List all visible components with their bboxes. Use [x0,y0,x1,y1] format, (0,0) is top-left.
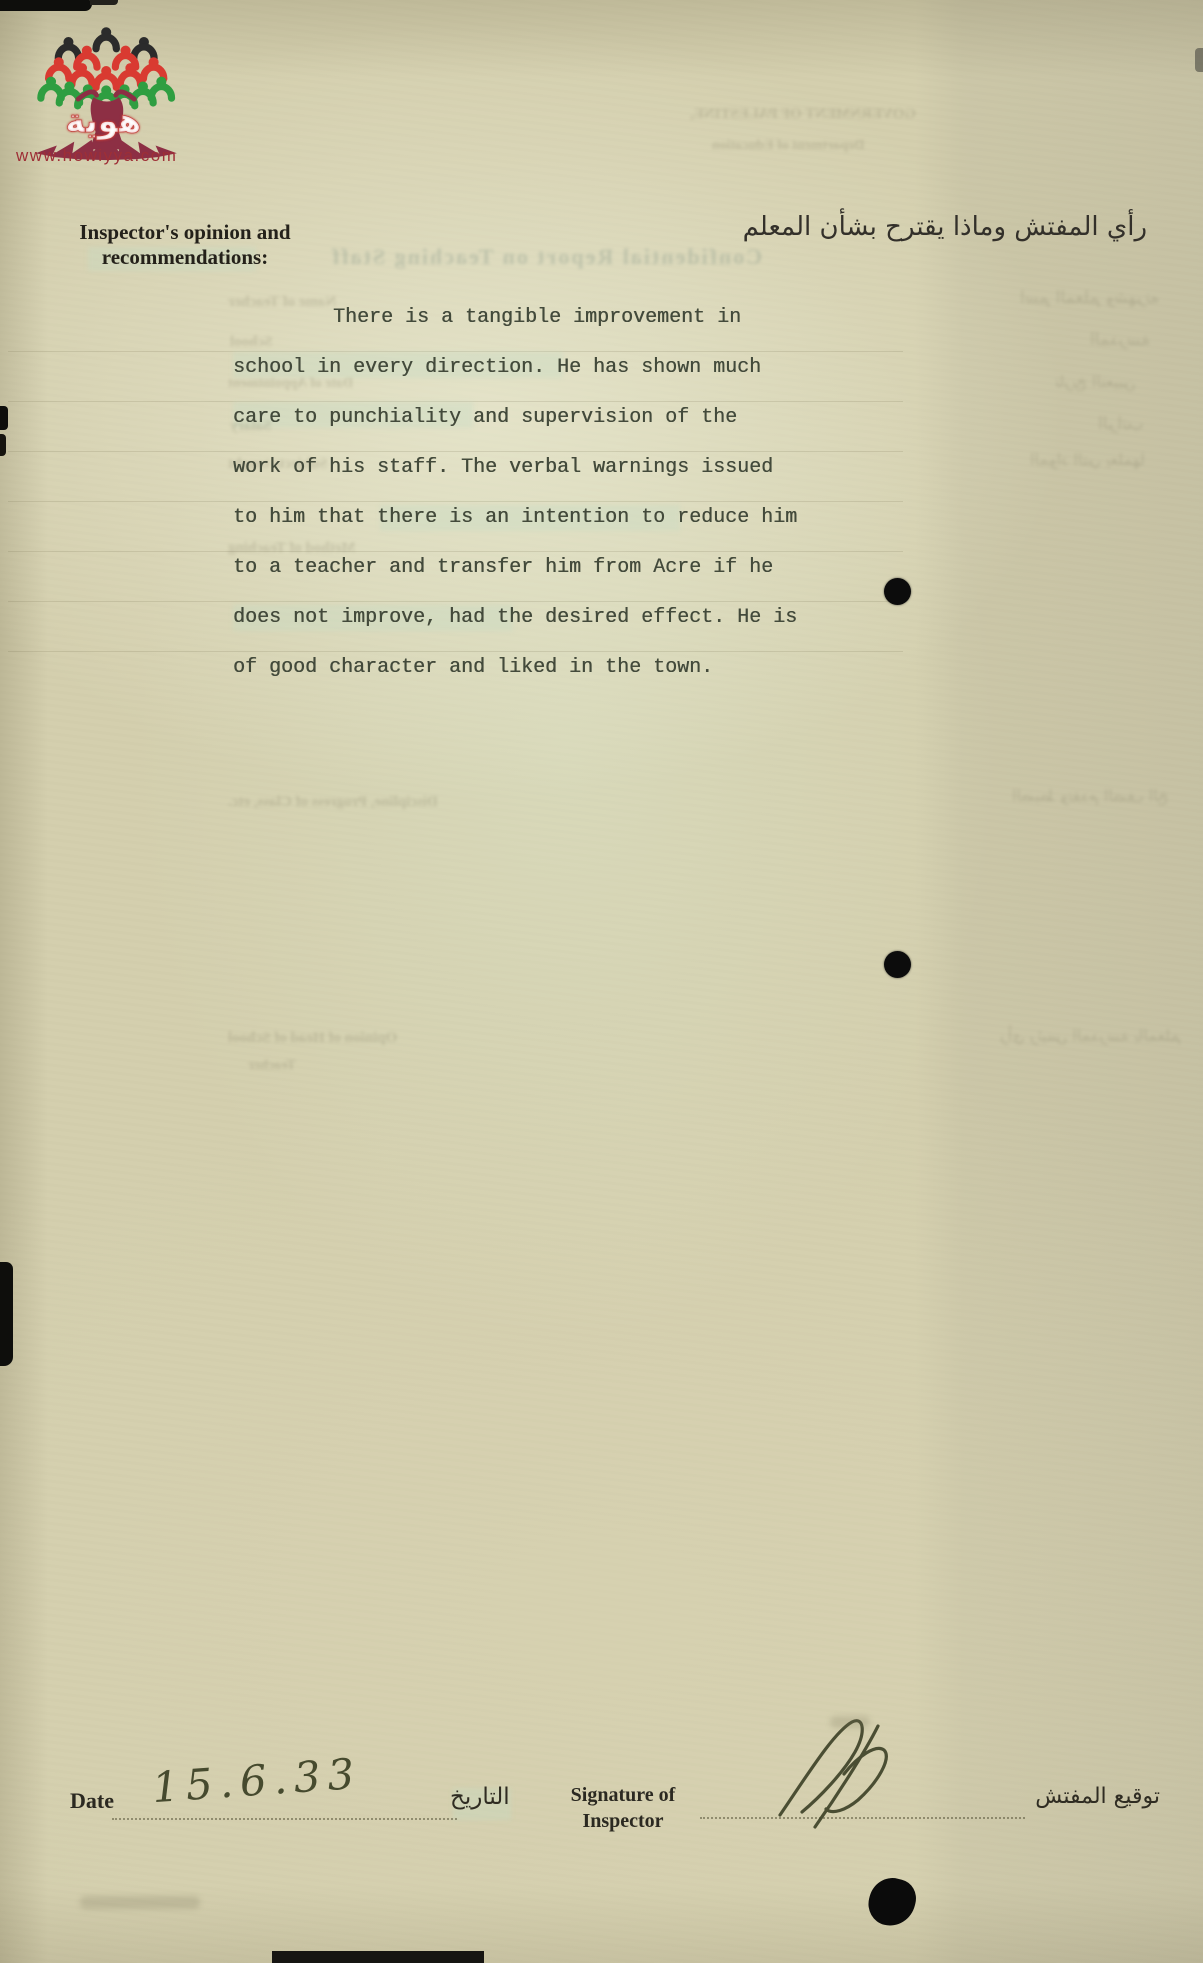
bleedthrough-text-arabic: رأي رئيس المدرسة بالمعلم [1000,1026,1181,1045]
signature-label-line1: Signature of [548,1782,698,1808]
logo-url-text: www.howiyya.com [16,146,246,166]
remark-line: care to punchiality and supervision of t… [233,406,833,456]
bleedthrough-text-arabic: الراتب [1098,414,1143,434]
remark-line: to a teacher and transfer him from Acre … [233,556,833,606]
date-label-arabic: التاريخ [450,1784,510,1810]
scan-edge-mark [272,1951,484,1963]
scan-edge-mark [0,0,92,11]
bleedthrough-text: GOVERNMENT OF PALESTINE, [690,106,916,123]
heading-line2: recommendations: [60,245,310,270]
signature-label-arabic: توقيع المفتش [1030,1784,1160,1809]
remark-line: of good character and liked in the town. [233,656,833,706]
logo-calligraphy: هوية [65,101,141,141]
scanned-document-page: هوية www.howiyya.com Inspector's opinion… [0,0,1203,1963]
bleedthrough-text-arabic: المدرسة [1090,330,1150,350]
bleedthrough-text-arabic: الضبط وتقدم الصف الخ [1012,786,1168,805]
punch-hole-dot [884,578,911,605]
scan-edge-mark [90,0,118,5]
date-label: Date [70,1788,114,1814]
remark-line: to him that there is an intention to red… [233,506,833,556]
scan-edge-mark [0,434,6,456]
bleedthrough-text: Department of Education [712,138,864,154]
remark-line: does not improve, had the desired effect… [233,606,833,656]
scan-edge-mark [0,1262,13,1366]
remark-line: There is a tangible improvement in [233,306,833,356]
scan-corner-blob [864,1873,920,1931]
bleedthrough-text: Teacher [248,1058,296,1074]
punch-hole-dot [884,951,911,978]
ink-smudge [80,1896,200,1909]
signature-label-line2: Inspector [548,1808,698,1834]
people-canopy-icon [41,27,172,107]
signature-of-inspector-label: Signature of Inspector [548,1782,698,1834]
bleedthrough-text-arabic: تاريخ التعيين [1055,372,1136,391]
inspector-signature-icon [760,1712,920,1837]
remark-line: school in every direction. He has shown … [233,356,833,406]
bleedthrough-text: Confidential Report on Teaching Staff [330,244,762,270]
bleedthrough-text: Opinion of Head of School [228,1030,397,1047]
inspector-remarks-paragraph: There is a tangible improvement in schoo… [233,306,833,706]
bleedthrough-text-arabic: اسم المعلم وشهرته [1020,288,1159,308]
scan-edge-mark [0,406,8,430]
howiyya-tree-logo: هوية [28,12,196,162]
scan-edge-mark [1195,48,1203,72]
bleedthrough-text: Discipline, Progress of Class, etc. [228,794,438,811]
remark-line: work of his staff. The verbal warnings i… [233,456,833,506]
heading-line1: Inspector's opinion and [60,220,310,245]
inspector-opinion-heading: Inspector's opinion and recommendations: [60,220,310,270]
inspector-opinion-heading-arabic: رأي المفتش وماذا يقترح بشأن المعلم [727,212,1147,242]
bleedthrough-text-arabic: المواد التي يعلمها [1030,450,1145,469]
ink-smudge [830,1716,870,1728]
